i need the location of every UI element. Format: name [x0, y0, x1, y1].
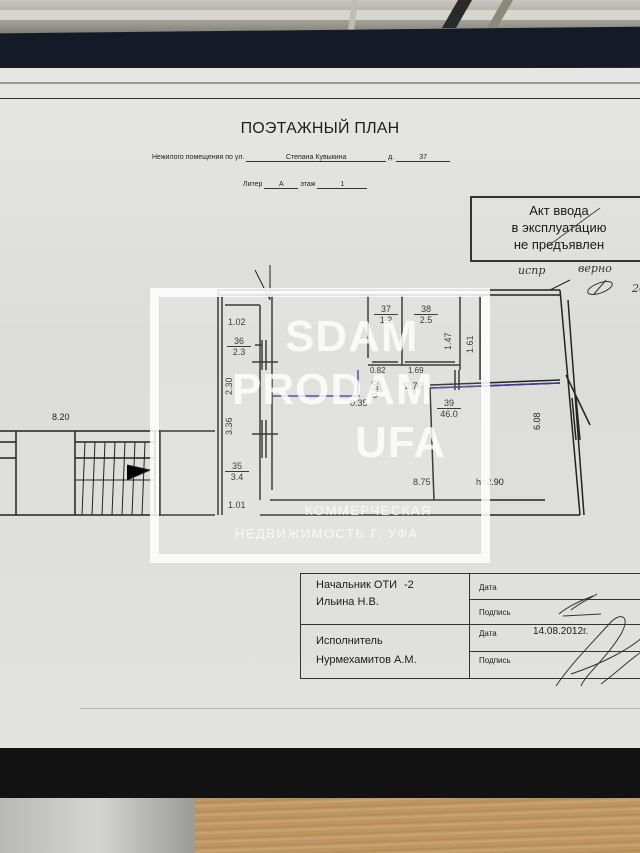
handwritten-signature-icon: [301, 574, 640, 704]
background-metal-object: [0, 798, 195, 853]
watermark-sub-2: НЕДВИЖИМОСТЬ Г. УФА: [235, 526, 418, 541]
watermark-line-2: PRODAM: [232, 365, 434, 415]
background-desk: [0, 798, 640, 853]
signature-table: Начальник ОТИ -2 Ильина Н.В. Исполнитель…: [300, 573, 640, 679]
watermark-line-3: UFA: [355, 418, 446, 468]
watermark-sub-1: КОММЕРЧЕСКАЯ: [305, 503, 432, 518]
frame-top-edge: [0, 27, 640, 74]
dimension-6-08: 6.08: [532, 412, 542, 430]
watermark-line-1: SDAM: [285, 312, 419, 362]
dimension-8-20: 8.20: [52, 412, 70, 422]
frame-bottom-edge: [0, 748, 640, 800]
background-rail: [0, 10, 640, 20]
